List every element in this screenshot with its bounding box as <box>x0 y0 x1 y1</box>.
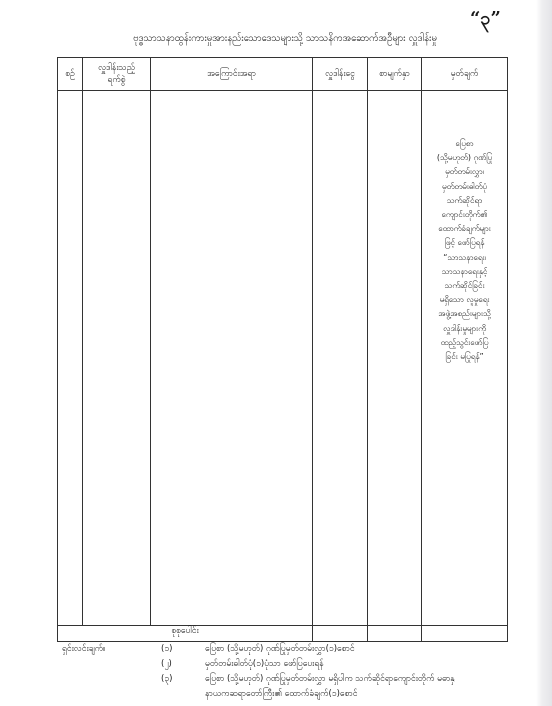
remarks-line: ပြေစာ <box>422 137 507 151</box>
document-title: ဗုဒ္ဓသာသနာထွန်းကားမှုအားနည်းသောဒေသများသိ… <box>60 32 510 46</box>
column-header-page: စာမျက်နှာ <box>368 58 422 91</box>
cell-donation-date <box>83 91 151 626</box>
total-row: စုစုပေါင်း <box>58 626 508 642</box>
note-text: နာယကဆရာတော်ကြီး၏ ထောက်ခံချက်(၁)စောင် <box>205 689 358 701</box>
remarks-line: “သာသနာရေး၊ <box>422 251 507 265</box>
remarks-line: သက်ဆိုင်ခြင်း <box>422 279 507 293</box>
total-page <box>368 626 422 642</box>
remarks-line: လှူဒါန်းမှုများကို <box>422 322 507 336</box>
note-text: ပြေစာ (သို့မဟုတ်) ဂုဏ်ပြုမှတ်တမ်းလွှာ(၁)… <box>205 644 355 656</box>
column-header-remarks: မှတ်ချက် <box>422 58 508 91</box>
remarks-line: ထည့်သွင်းဖော်ပြ <box>422 336 507 350</box>
column-header-donation-date: လှူဒါန်းသည့် ရက်စွဲ <box>83 58 151 91</box>
remarks-line: ကျောင်းတိုက်၏ <box>422 208 507 222</box>
cell-serial <box>58 91 83 626</box>
column-header-serial: စဉ် <box>58 58 83 91</box>
remarks-line: အဖွဲ့အစည်းများသို့ <box>422 307 507 321</box>
remarks-line: ဖြင့် ဖော်ပြရန် <box>422 236 507 250</box>
remarks-line: (သို့မဟုတ်) ဂုဏ်ပြု <box>422 151 507 165</box>
table-row: ပြေစာ(သို့မဟုတ်) ဂုဏ်ပြုမှတ်တမ်းလွှာ၊မှတ… <box>58 91 508 626</box>
remarks-text: ပြေစာ(သို့မဟုတ်) ဂုဏ်ပြုမှတ်တမ်းလွှာ၊မှတ… <box>422 91 507 364</box>
cell-subject <box>151 91 313 626</box>
remarks-line: မှတ်တမ်းလွှာ၊ <box>422 165 507 179</box>
cell-amount <box>313 91 368 626</box>
scan-edge-shadow <box>536 0 552 706</box>
remarks-line: ထောက်ခံချက်များ <box>422 222 507 236</box>
remarks-line: ခြင်း မပြုရန်” <box>422 350 507 364</box>
table-header-row: စဉ် လှူဒါန်းသည့် ရက်စွဲ အကြောင်းအရာ လှူဒ… <box>58 58 508 91</box>
note-number: (၃) <box>161 674 172 686</box>
remarks-line: မှတ်တမ်းဓါတ်ပုံ <box>422 180 507 194</box>
remarks-line: သာသနာရေးနှင့် <box>422 265 507 279</box>
donation-table: စဉ် လှူဒါန်းသည့် ရက်စွဲ အကြောင်းအရာ လှူဒ… <box>57 57 508 642</box>
total-remarks <box>422 626 508 642</box>
column-header-amount: လှူဒါန်းငွေ <box>313 58 368 91</box>
page-number: “၃” <box>470 6 501 33</box>
total-amount <box>313 626 368 642</box>
note-text: မှတ်တမ်းဓါတ်ပုံ(၁)ပုံသာ ဖော်ပြပေးရန် <box>205 659 324 671</box>
cell-page <box>368 91 422 626</box>
note-text: ပြေစာ (သို့မဟုတ်) ဂုဏ်ပြုမှတ်တမ်းလွှာ မရ… <box>205 674 455 686</box>
total-label: စုစုပေါင်း <box>58 626 313 642</box>
cell-remarks: ပြေစာ(သို့မဟုတ်) ဂုဏ်ပြုမှတ်တမ်းလွှာ၊မှတ… <box>422 91 508 626</box>
column-header-subject: အကြောင်းအရာ <box>151 58 313 91</box>
notes-label: ရှင်းလင်းချက်။ <box>62 644 106 656</box>
remarks-line: သက်ဆိုင်ရာ <box>422 194 507 208</box>
remarks-line: မရှိသော လူမှုရေး <box>422 293 507 307</box>
note-number: (၁) <box>161 644 172 656</box>
note-number: (၂) <box>161 659 172 671</box>
